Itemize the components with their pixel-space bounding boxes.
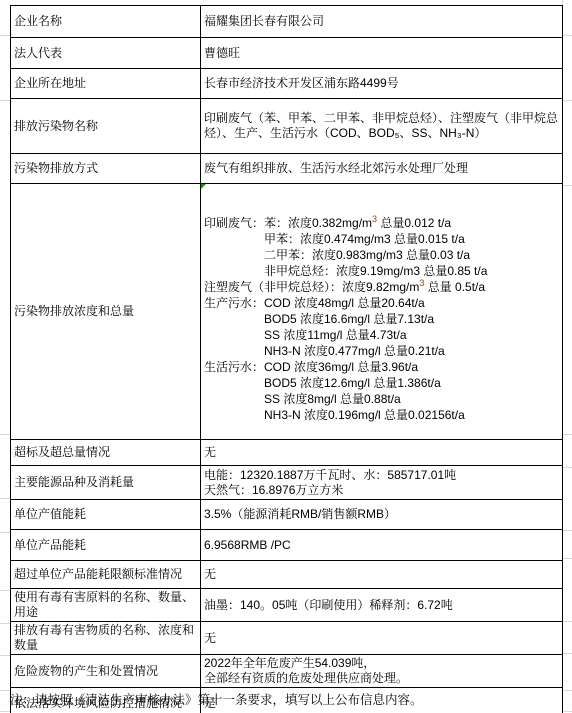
row-value-hazardous-waste: 2022年全年危废产生54.039吨， 全部经有资质的危废处理供应商处理。 (201, 655, 563, 688)
emission-line: 印刷废气：苯：浓度0.382mg/m3 总量0.012 t/a (204, 215, 559, 231)
gridline-segment (0, 100, 10, 101)
gridline-segment (562, 558, 572, 559)
gridline-segment (0, 690, 10, 691)
gridline-segment (562, 621, 572, 622)
row-label-toxic-materials-used: 使用有毒有害原料的名称、数量、用途 (11, 589, 201, 622)
table-row: 企业名称 福耀集团长春有限公司 (11, 6, 563, 38)
table-row: 超标及超总量情况 无 (11, 440, 563, 466)
row-label-address: 企业所在地址 (11, 69, 201, 99)
gridline-segment (562, 185, 572, 186)
emission-line: 生产污水：COD 浓度48mg/l 总量20.64t/a (204, 295, 559, 311)
gridline-segment (0, 498, 10, 499)
emission-line: SS 浓度11mg/l 总量4.73t/a (204, 327, 559, 343)
emission-line: 二甲苯：浓度0.983mg/m3 总量0.03 t/a (204, 247, 559, 263)
row-value-pollutant-names: 印刷废气（苯、甲苯、二甲苯、非甲烷总烃）、注塑废气（非甲烷总烃）、生产、生活污水… (201, 99, 563, 154)
row-label-pollutant-names: 排放污染物名称 (11, 99, 201, 154)
row-value-energy-per-output-value: 3.5%（能源消耗RMB/销售额RMB） (201, 500, 563, 530)
gridline-segment (562, 434, 572, 435)
emission-line: 非甲烷总烃：浓度9.19mg/m3 总量0.85 t/a (204, 263, 559, 279)
spreadsheet-page: 企业名称 福耀集团长春有限公司 法人代表 曹德旺 企业所在地址 长春市经济技术开… (0, 0, 572, 713)
row-label-legal-representative: 法人代表 (11, 38, 201, 69)
cell-error-corner-marker (201, 184, 206, 189)
row-label-hazardous-waste: 危险废物的产生和处置情况 (11, 655, 201, 688)
row-value-legal-representative: 曹德旺 (201, 38, 563, 69)
gridline-segment (0, 590, 10, 591)
emission-lines: 印刷废气：苯：浓度0.382mg/m3 总量0.012 t/a甲苯：浓度0.47… (204, 215, 559, 423)
table-row: 污染物排放方式 废气有组织排放、生活污水经北郊污水处理厂处理 (11, 154, 563, 184)
table-row: 排放污染物名称 印刷废气（苯、甲苯、二甲苯、非甲烷总烃）、注塑废气（非甲烷总烃）… (11, 99, 563, 154)
row-label-toxic-substances-discharged: 排放有毒有害物质的名称、浓度和数量 (11, 622, 201, 655)
row-value-energy-per-product: 6.9568RMB /PC (201, 530, 563, 561)
footer-note: 注：请按照《清洁生产审核办法》第十一条要求，填写以上公布信息内容。 (10, 692, 570, 708)
table-row: 单位产值能耗 3.5%（能源消耗RMB/销售额RMB） (11, 500, 563, 530)
gridline-segment (562, 35, 572, 36)
gridline-segment (0, 655, 10, 656)
row-label-emission-concentration: 污染物排放浓度和总量 (11, 184, 201, 440)
gridline-segment (562, 653, 572, 654)
table-row: 法人代表 曹德旺 (11, 38, 563, 69)
table-row: 企业所在地址 长春市经济技术开发区浦东路4499号 (11, 69, 563, 99)
emission-detail-cell: 印刷废气：苯：浓度0.382mg/m3 总量0.012 t/a甲苯：浓度0.47… (201, 184, 563, 440)
table-row: 使用有毒有害原料的名称、数量、用途 油墨：140。05吨（印刷使用）稀释剂：6.… (11, 589, 563, 622)
emission-line: NH3-N 浓度0.196mg/l 总量0.02156t/a (204, 407, 559, 423)
emission-line: SS 浓度8mg/l 总量0.88t/a (204, 391, 559, 407)
row-value-exceedance: 无 (201, 440, 563, 466)
emission-line: BOD5 浓度12.6mg/l 总量1.386t/a (204, 375, 559, 391)
row-value-toxic-materials-used: 油墨：140。05吨（印刷使用）稀释剂：6.72吨 (201, 589, 563, 622)
emission-line: BOD5 浓度16.6mg/l 总量7.13t/a (204, 311, 559, 327)
gridline-segment (562, 690, 572, 691)
gridline-segment (0, 434, 10, 435)
gridline-segment (0, 35, 10, 36)
emission-line: NH3-N 浓度0.477mg/l 总量0.21t/a (204, 343, 559, 359)
row-label-discharge-method: 污染物排放方式 (11, 154, 201, 184)
table-row: 排放有毒有害物质的名称、浓度和数量 无 (11, 622, 563, 655)
row-label-exceedance: 超标及超总量情况 (11, 440, 201, 466)
gridline-segment (0, 532, 10, 533)
row-value-address: 长春市经济技术开发区浦东路4499号 (201, 69, 563, 99)
emission-line: 生活污水：COD 浓度36mg/l 总量3.96t/a (204, 359, 559, 375)
gridline-segment (562, 711, 572, 712)
gridline-segment (562, 530, 572, 531)
row-value-company-name: 福耀集团长春有限公司 (201, 6, 563, 38)
row-value-over-energy-limit: 无 (201, 561, 563, 589)
row-value-toxic-substances-discharged: 无 (201, 622, 563, 655)
row-value-energy-consumption: 电能：12320.1887万千瓦时、水：585717.01吨 天然气：16.89… (201, 466, 563, 500)
gridline-segment (0, 623, 10, 624)
table-row: 超过单位产品能耗限额标准情况 无 (11, 561, 563, 589)
emission-line: 甲苯：浓度0.474mg/m3 总量0.015 t/a (204, 231, 559, 247)
row-label-energy-per-product: 单位产品能耗 (11, 530, 201, 561)
row-label-over-energy-limit: 超过单位产品能耗限额标准情况 (11, 561, 201, 589)
row-label-company-name: 企业名称 (11, 6, 201, 38)
table-row: 危险废物的产生和处置情况 2022年全年危废产生54.039吨， 全部经有资质的… (11, 655, 563, 688)
row-label-energy-consumption: 主要能源品种及消耗量 (11, 466, 201, 500)
row-label-energy-per-output-value: 单位产值能耗 (11, 500, 201, 530)
table-row: 主要能源品种及消耗量 电能：12320.1887万千瓦时、水：585717.01… (11, 466, 563, 500)
row-value-discharge-method: 废气有组织排放、生活污水经北郊污水处理厂处理 (201, 154, 563, 184)
disclosure-info-table: 企业名称 福耀集团长春有限公司 法人代表 曹德旺 企业所在地址 长春市经济技术开… (10, 5, 563, 713)
gridline-segment (0, 711, 10, 712)
gridline-segment (562, 100, 572, 101)
emission-line: 注塑废气（非甲烷总烃）：浓度9.82mg/m3 总量 0.5t/a (204, 279, 559, 295)
table-row: 污染物排放浓度和总量 印刷废气：苯：浓度0.382mg/m3 总量0.012 t… (11, 184, 563, 440)
table-row: 单位产品能耗 6.9568RMB /PC (11, 530, 563, 561)
gridline-segment (562, 467, 572, 468)
